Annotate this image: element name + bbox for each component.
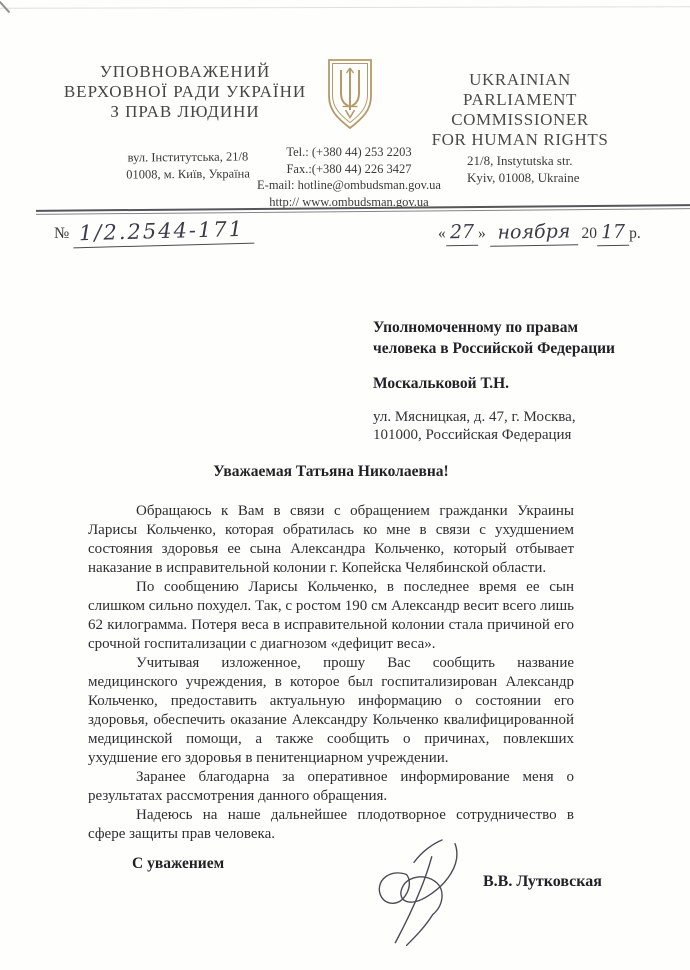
contact-info: Tel.: (+380 44) 253 2203 Fax.:(+380 44) … bbox=[250, 144, 448, 210]
body-paragraph: Заранее благодарна за оперативное информ… bbox=[88, 768, 574, 806]
closing-phrase: С уважением bbox=[132, 855, 224, 873]
recipient-block: Уполномоченному по правам человека в Рос… bbox=[373, 317, 615, 444]
recipient-title-line: человека в Российской Федерации bbox=[373, 338, 615, 359]
body-paragraph: Надеюсь на наше дальнейшее плодотворное … bbox=[88, 806, 574, 844]
org-title-english: UKRAINIAN PARLIAMENT COMMISSIONER FOR HU… bbox=[392, 70, 648, 150]
phone-line: Tel.: (+380 44) 253 2203 bbox=[250, 144, 448, 161]
email-line: E-mail: hotline@ombudsman.gov.ua bbox=[250, 177, 448, 194]
body-paragraph: Учитывая изложенное, прошу Вас сообщить … bbox=[88, 654, 574, 768]
org-title-en-line: PARLIAMENT COMMISSIONER bbox=[392, 90, 648, 130]
recipient-title-line: Уполномоченному по правам bbox=[373, 317, 615, 338]
date-close-quote: » bbox=[478, 225, 486, 242]
scan-edge-line bbox=[0, 6, 690, 8]
org-title-uk-line: УПОВНОВАЖЕНИЙ bbox=[60, 62, 310, 82]
handwritten-reference-number: 1/2.2544-171 bbox=[73, 217, 255, 249]
scanned-letter-page: УПОВНОВАЖЕНИЙ ВЕРХОВНОЇ РАДИ УКРАЇНИ З П… bbox=[0, 0, 690, 970]
number-sign: № bbox=[54, 225, 69, 242]
recipient-address-line: 101000, Российская Федерация bbox=[373, 427, 615, 445]
handwritten-day: 27 bbox=[446, 221, 479, 247]
recipient-name: Москальковой Т.Н. bbox=[373, 373, 615, 394]
address-ukrainian: вул. Інститутська, 21/8 01008, м. Київ, … bbox=[110, 148, 266, 183]
org-title-ukrainian: УПОВНОВАЖЕНИЙ ВЕРХОВНОЇ РАДИ УКРАЇНИ З П… bbox=[60, 62, 310, 122]
letter-body: Уважаемая Татьяна Николаевна! Обращаюсь … bbox=[88, 463, 574, 844]
address-uk-line: вул. Інститутська, 21/8 bbox=[110, 148, 266, 166]
org-title-uk-line: З ПРАВ ЛЮДИНИ bbox=[60, 102, 310, 122]
address-en-line: 21/8, Instytutska str. bbox=[467, 152, 617, 169]
ukraine-trident-coat-of-arms-icon bbox=[322, 56, 378, 137]
year-suffix: р. bbox=[629, 225, 641, 242]
recipient-address: ул. Мясницкая, д. 47, г. Москва, 101000,… bbox=[373, 409, 615, 444]
year-prefix: 20 bbox=[581, 225, 597, 242]
handwritten-month: ноября bbox=[489, 220, 577, 247]
reference-number: № 1/2.2544-171 bbox=[54, 219, 254, 246]
handwritten-year: 17 bbox=[597, 221, 630, 247]
org-title-uk-line: ВЕРХОВНОЇ РАДИ УКРАЇНИ bbox=[60, 82, 310, 102]
salutation: Уважаемая Татьяна Николаевна! bbox=[88, 463, 574, 481]
reference-date: «27» ноября 2017р. bbox=[438, 221, 641, 246]
org-title-en-line: UKRAINIAN bbox=[392, 70, 648, 90]
signer-name: В.В. Лутковская bbox=[483, 873, 602, 891]
body-paragraph: По сообщению Ларисы Кольченко, в последн… bbox=[88, 578, 574, 654]
fax-line: Fax.:(+380 44) 226 3427 bbox=[250, 161, 448, 178]
body-paragraph: Обращаюсь к Вам в связи с обращением гра… bbox=[88, 502, 574, 578]
address-uk-line: 01008, м. Київ, Україна bbox=[110, 165, 266, 183]
address-english: 21/8, Instytutska str. Kyiv, 01008, Ukra… bbox=[467, 152, 617, 186]
handwritten-signature bbox=[358, 832, 470, 964]
recipient-address-line: ул. Мясницкая, д. 47, г. Москва, bbox=[373, 409, 615, 427]
date-open-quote: « bbox=[438, 225, 446, 242]
address-en-line: Kyiv, 01008, Ukraine bbox=[467, 169, 617, 186]
